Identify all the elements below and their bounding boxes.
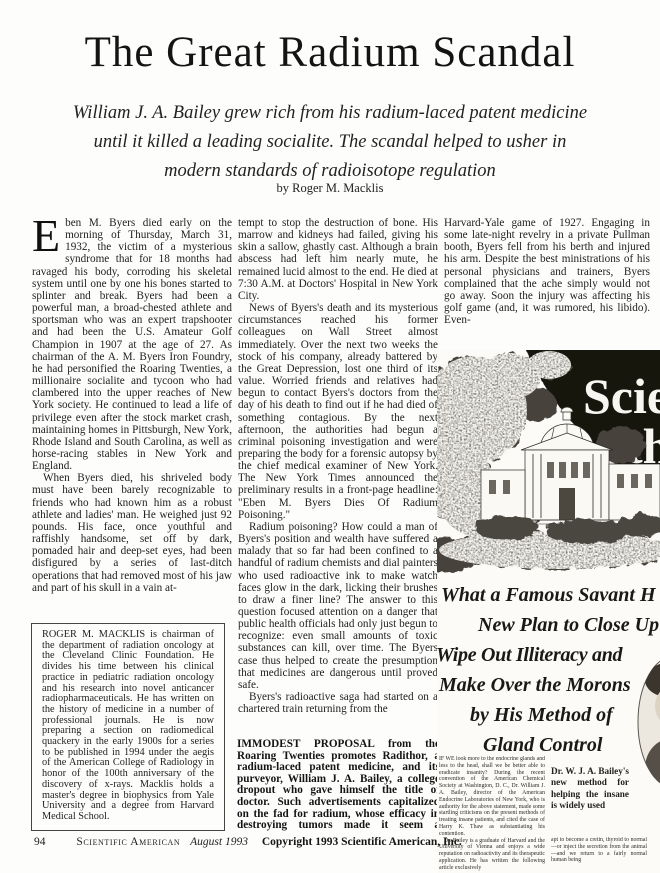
paragraph: Byers's radioactive saga had started on … xyxy=(238,691,438,715)
paragraph: Eben M. Byers died early on the morning … xyxy=(32,217,232,472)
paragraph-text: ben M. Byers died early on the morning o… xyxy=(32,217,232,472)
figure-caption: IMMODEST PROPOSAL from the Roaring Twent… xyxy=(237,739,440,832)
advertisement-inset-caption: Dr. W. J. A. Bailey's new method for hel… xyxy=(551,766,629,812)
issue-date: August 1993 xyxy=(190,836,248,848)
headline-line: What a Famous Savant H xyxy=(441,580,660,610)
author-bio-box: ROGER M. MACKLIS is chairman of the depa… xyxy=(31,623,225,831)
masthead-text-line1: Scie xyxy=(583,368,660,424)
text-column-1: Eben M. Byers died early on the morning … xyxy=(32,217,232,609)
copyright-notice: Copyright 1993 Scientific American, Inc. xyxy=(262,836,462,848)
paragraph: Radium poisoning? How could a man of Bye… xyxy=(238,521,438,691)
paragraph: Harvard-Yale game of 1927. Engaging in s… xyxy=(444,217,650,326)
advertisement-headline: What a Famous Savant H New Plan to Close… xyxy=(437,580,660,760)
radithor-advertisement-figure: Scie th xyxy=(437,350,660,873)
page-footer: 94 Scientific American August 1993 Copyr… xyxy=(34,836,594,848)
magazine-page: The Great Radium Scandal William J. A. B… xyxy=(0,0,660,873)
page-number: 94 xyxy=(34,836,46,848)
advertisement-body-column-1: IF WE look more to the endocrine glands … xyxy=(439,756,545,873)
text-column-3: Harvard-Yale game of 1927. Engaging in s… xyxy=(444,217,650,343)
paragraph: When Byers died, his shriveled body must… xyxy=(32,472,232,594)
article-byline: by Roger M. Macklis xyxy=(0,181,660,196)
article-subtitle: William J. A. Bailey grew rich from his … xyxy=(68,99,592,186)
text-column-2: tempt to stop the destruction of bone. H… xyxy=(238,217,438,722)
ad-paragraph: IF WE look more to the endocrine glands … xyxy=(439,756,545,838)
paragraph: News of Byers's death and its mysterious… xyxy=(238,302,438,521)
magazine-name: Scientific American xyxy=(76,836,180,848)
paragraph: tempt to stop the destruction of bone. H… xyxy=(238,217,438,302)
headline-line: Wipe Out Illiteracy and xyxy=(437,640,660,670)
article-title: The Great Radium Scandal xyxy=(0,28,660,77)
headline-line: Make Over the Morons xyxy=(439,670,660,700)
headline-line: by His Method of xyxy=(470,700,660,730)
drop-cap: E xyxy=(32,217,65,254)
headline-line: New Plan to Close Up xyxy=(478,610,660,640)
